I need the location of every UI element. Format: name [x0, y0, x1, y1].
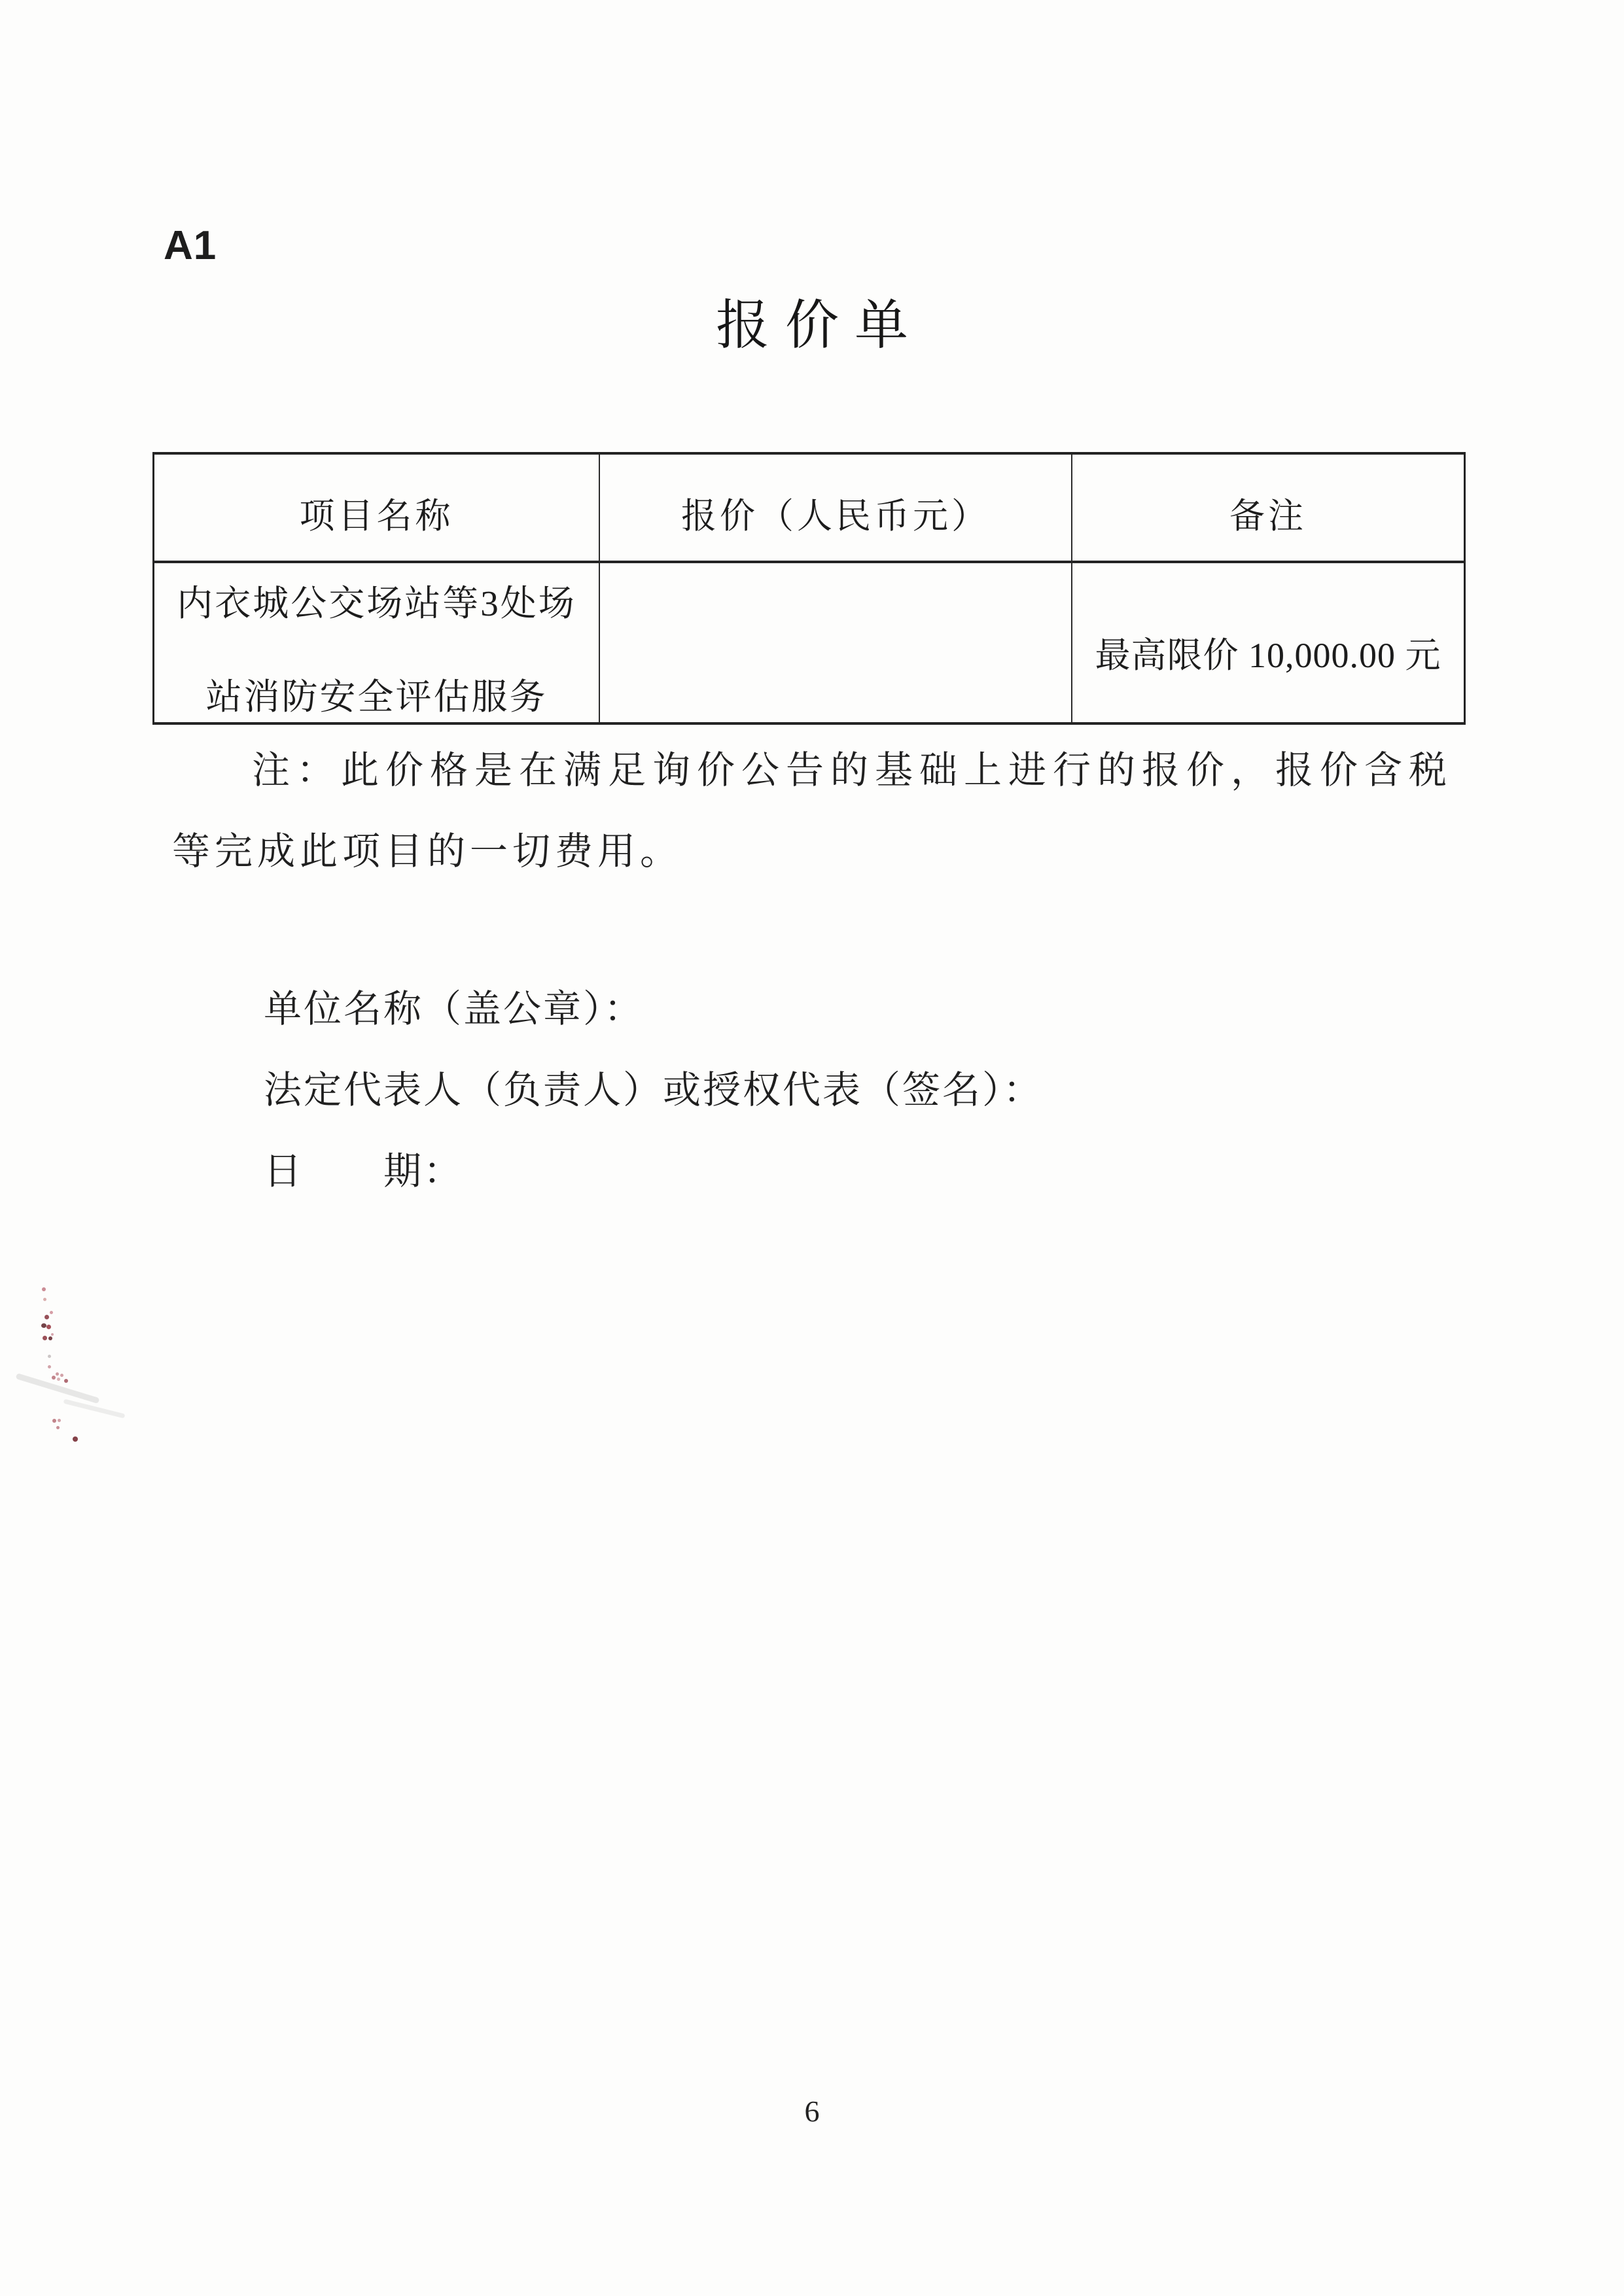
pricing-note-line-2: 等完成此项目的一切费用。: [172, 811, 1471, 892]
scan-artifact-dot: [51, 1333, 54, 1336]
project-name-cell: 内衣城公交场站等3处场 站消防安全评估服务: [154, 563, 600, 722]
scan-artifact-dot: [56, 1372, 59, 1376]
scan-artifact-dot: [48, 1365, 51, 1368]
quotation-table: 项目名称 报价（人民币元） 备注 内衣城公交场站等3处场 站消防安全评估服务 最…: [152, 452, 1466, 725]
remark-cell: 最高限价 10,000.00 元: [1072, 563, 1464, 722]
scan-artifact-dot: [50, 1311, 53, 1314]
scan-artifact-dot: [58, 1419, 61, 1422]
scan-artifact-dot: [57, 1378, 60, 1381]
scan-artifact-dot: [73, 1436, 78, 1442]
scan-artifact-dot: [60, 1374, 63, 1377]
project-name-line-2: 站消防安全评估服务: [205, 668, 547, 720]
legal-representative-label: 法定代表人（负责人）或授权代表（签名）：: [264, 1050, 1043, 1131]
scan-artifact-dot: [41, 1323, 46, 1328]
scan-artifact-dot: [64, 1379, 68, 1383]
page-number: 6: [0, 2092, 1624, 2131]
scan-artifact-dot: [56, 1426, 60, 1429]
quote-value-cell: [600, 563, 1072, 722]
page-title: 报价单: [0, 292, 1624, 360]
scan-artifact-dot: [43, 1336, 47, 1340]
scan-artifact-dot: [46, 1325, 51, 1329]
scanned-document-page: A1 报价单 项目名称 报价（人民币元） 备注 内衣城公交场站等3处场 站消防安…: [0, 0, 1624, 2296]
scan-artifact-dot: [44, 1315, 49, 1319]
header-cell-project-name: 项目名称: [154, 455, 600, 563]
scan-artifact-dot: [52, 1376, 56, 1380]
form-code-label: A1: [164, 222, 217, 269]
scan-artifact-dot: [43, 1298, 46, 1301]
unit-name-label: 单位名称（盖公章）：: [264, 969, 1043, 1050]
scan-artifact-dot: [48, 1336, 52, 1340]
signature-block: 单位名称（盖公章）： 法定代表人（负责人）或授权代表（签名）： 日 期：: [264, 969, 1043, 1212]
pricing-note: 注：此价格是在满足询价公告的基础上进行的报价，报价含税 等完成此项目的一切费用。: [172, 730, 1471, 892]
scan-artifact-dot: [52, 1419, 56, 1423]
project-name-line-1: 内衣城公交场站等3处场: [177, 574, 576, 626]
pricing-note-line-1: 注：此价格是在满足询价公告的基础上进行的报价，报价含税: [172, 730, 1471, 811]
date-label: 日 期：: [264, 1131, 1043, 1212]
scan-artifact-dot: [42, 1287, 46, 1291]
scan-artifact-dot: [48, 1355, 51, 1358]
header-cell-quote-rmb: 报价（人民币元）: [600, 455, 1072, 563]
header-cell-remark: 备注: [1072, 455, 1464, 563]
